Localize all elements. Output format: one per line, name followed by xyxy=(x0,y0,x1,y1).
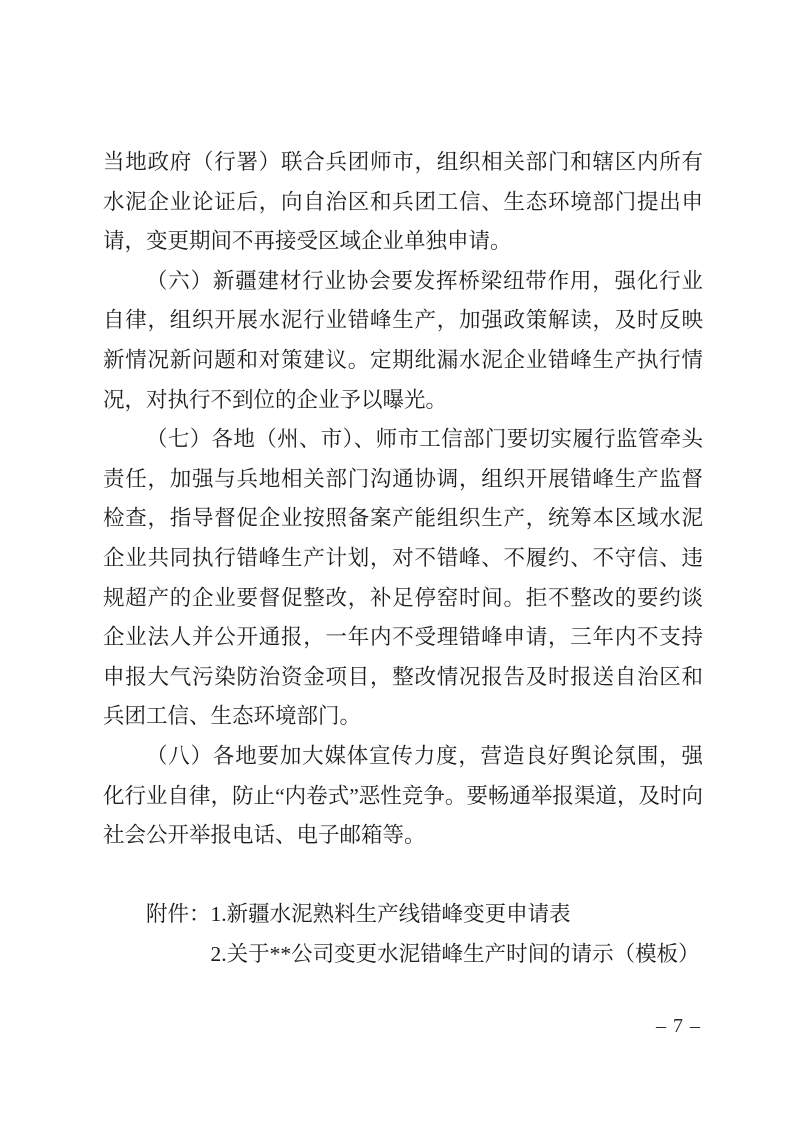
page-number: – 7 – xyxy=(656,1012,701,1040)
attachments-list: 1.新疆水泥熟料生产线错峰变更申请表 2.关于**公司变更水泥错峰生产时间的请示… xyxy=(211,895,703,974)
attachments-block: 附件： 1.新疆水泥熟料生产线错峰变更申请表 2.关于**公司变更水泥错峰生产时… xyxy=(103,895,703,974)
body-paragraph-item-8: （八）各地要加大媒体宣传力度，营造良好舆论氛围，强化行业自律，防止“内卷式”恶性… xyxy=(103,737,703,856)
body-paragraph-continuation: 当地政府（行署）联合兵团师市，组织相关部门和辖区内所有水泥企业论证后，向自治区和… xyxy=(103,143,703,262)
attachment-item-2: 2.关于**公司变更水泥错峰生产时间的请示（模板） xyxy=(211,935,703,975)
attachments-label: 附件： xyxy=(146,895,211,935)
document-body: 当地政府（行署）联合兵团师市，组织相关部门和辖区内所有水泥企业论证后，向自治区和… xyxy=(103,143,703,974)
document-page: 当地政府（行署）联合兵团师市，组织相关部门和辖区内所有水泥企业论证后，向自治区和… xyxy=(0,0,793,1122)
body-paragraph-item-7: （七）各地（州、市）、师市工信部门要切实履行监管牵头责任，加强与兵地相关部门沟通… xyxy=(103,420,703,737)
attachment-item-1: 1.新疆水泥熟料生产线错峰变更申请表 xyxy=(211,895,703,935)
body-paragraph-item-6: （六）新疆建材行业协会要发挥桥梁纽带作用，强化行业自律，组织开展水泥行业错峰生产… xyxy=(103,262,703,420)
